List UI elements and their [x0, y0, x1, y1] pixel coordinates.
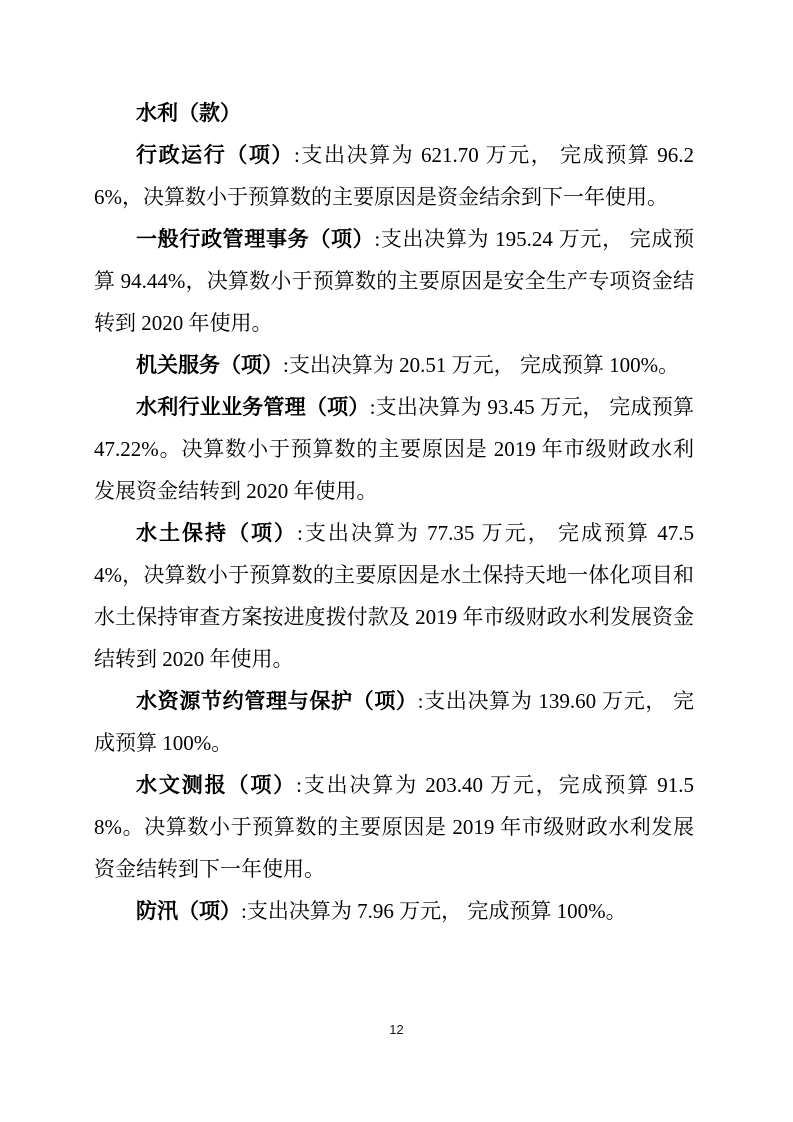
- section-heading-text: 水利（款）: [136, 101, 241, 125]
- paragraph-lead: 行政运行（项）: [136, 143, 294, 167]
- document-paragraph: 行政运行（项）:支出决算为 621.70 万元， 完成预算 96.26%，决算数…: [94, 134, 694, 218]
- document-page: 水利（款） 行政运行（项）:支出决算为 621.70 万元， 完成预算 96.2…: [0, 0, 793, 1122]
- paragraph-lead: 防汛（项）: [136, 899, 241, 923]
- paragraph-body: :支出决算为 20.51 万元， 完成预算 100%。: [283, 353, 679, 377]
- document-paragraph: 水资源节约管理与保护（项）:支出决算为 139.60 万元， 完成预算 100%…: [94, 680, 694, 764]
- page-number: 12: [0, 1022, 793, 1037]
- document-paragraph: 水土保持（项）:支出决算为 77.35 万元， 完成预算 47.54%，决算数小…: [94, 512, 694, 680]
- document-paragraph: 水文测报（项）:支出决算为 203.40 万元，完成预算 91.58%。决算数小…: [94, 764, 694, 890]
- section-heading: 水利（款）: [94, 92, 694, 134]
- paragraph-body: :支出决算为 7.96 万元， 完成预算 100%。: [241, 899, 627, 923]
- paragraph-lead: 水利行业业务管理（项）: [136, 395, 370, 419]
- document-paragraph: 防汛（项）:支出决算为 7.96 万元， 完成预算 100%。: [94, 890, 694, 932]
- document-paragraph: 机关服务（项）:支出决算为 20.51 万元， 完成预算 100%。: [94, 344, 694, 386]
- paragraph-lead: 机关服务（项）: [136, 353, 283, 377]
- document-paragraph: 水利行业业务管理（项）:支出决算为 93.45 万元， 完成预算 47.22%。…: [94, 386, 694, 512]
- paragraph-lead: 水土保持（项）: [136, 521, 297, 545]
- paragraph-lead: 水资源节约管理与保护（项）: [136, 689, 418, 713]
- paragraph-lead: 一般行政管理事务（项）: [136, 227, 374, 251]
- document-content: 水利（款） 行政运行（项）:支出决算为 621.70 万元， 完成预算 96.2…: [94, 92, 694, 932]
- document-paragraph: 一般行政管理事务（项）:支出决算为 195.24 万元， 完成预算 94.44%…: [94, 218, 694, 344]
- paragraph-lead: 水文测报（项）: [136, 773, 296, 797]
